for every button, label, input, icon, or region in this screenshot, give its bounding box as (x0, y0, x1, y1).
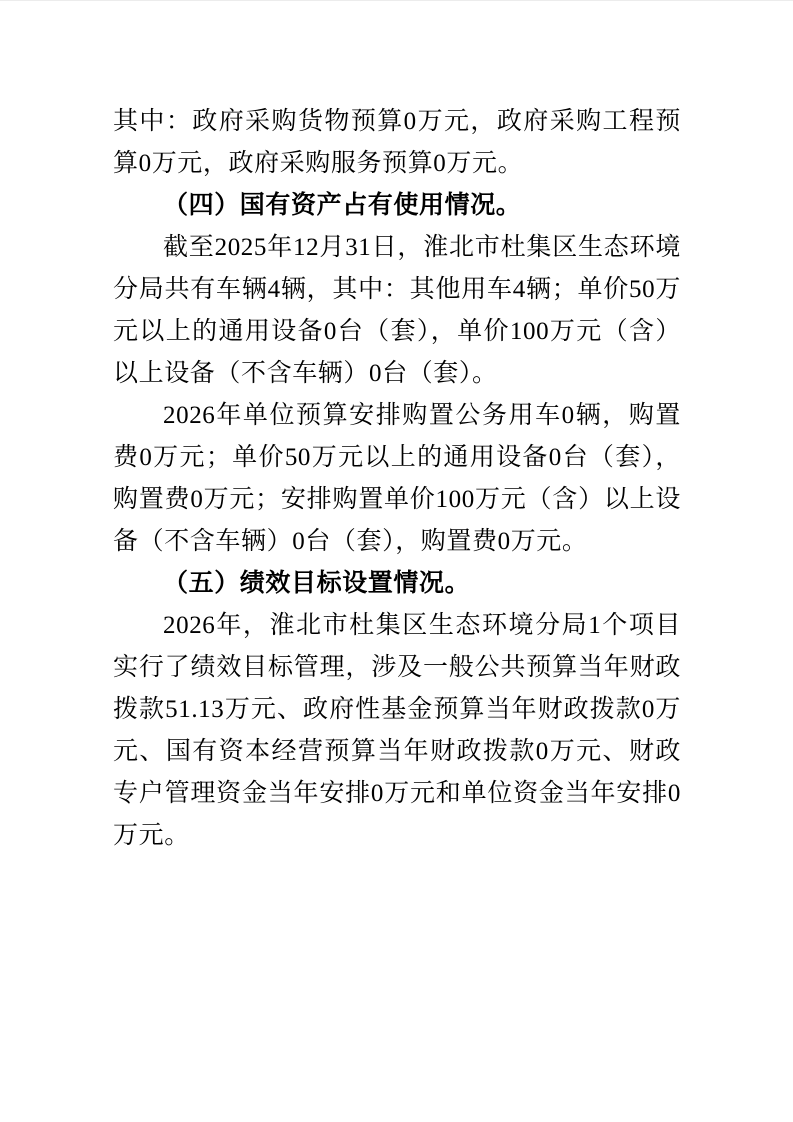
section-heading-performance-targets: （五）绩效目标设置情况。 (113, 563, 681, 605)
paragraph-2026-purchase-plan: 2026年单位预算安排购置公务用车0辆，购置费0万元；单价50万元以上的通用设备… (113, 395, 681, 563)
paragraph-asset-holdings: 截至2025年12月31日，淮北市杜集区生态环境分局共有车辆4辆，其中：其他用车… (113, 227, 681, 395)
document-body: 其中：政府采购货物预算0万元，政府采购工程预算0万元，政府采购服务预算0万元。 … (113, 101, 681, 857)
section-heading-state-assets: （四）国有资产占有使用情况。 (113, 185, 681, 227)
paragraph-performance-target-detail: 2026年，淮北市杜集区生态环境分局1个项目实行了绩效目标管理，涉及一般公共预算… (113, 605, 681, 857)
paragraph-procurement-continuation: 其中：政府采购货物预算0万元，政府采购工程预算0万元，政府采购服务预算0万元。 (113, 101, 681, 185)
document-page: 其中：政府采购货物预算0万元，政府采购工程预算0万元，政府采购服务预算0万元。 … (0, 0, 793, 1122)
